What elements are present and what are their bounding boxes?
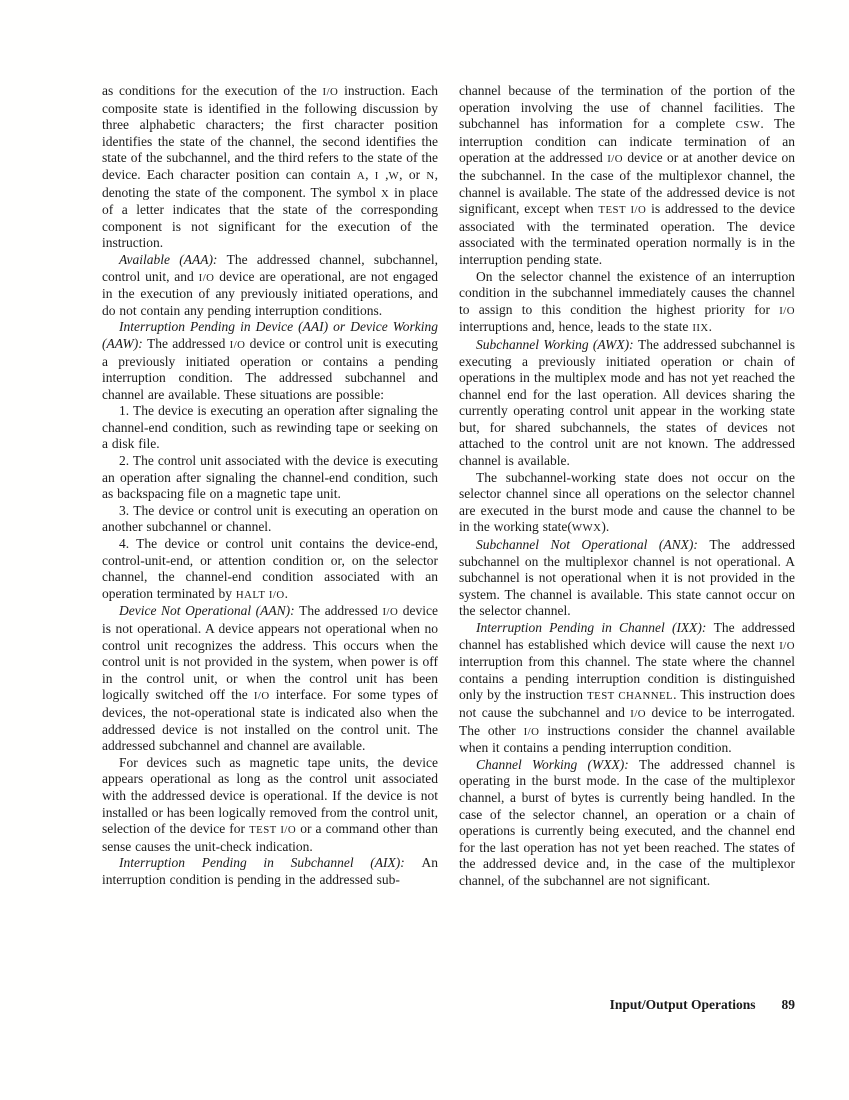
text-segment: ,: [365, 167, 375, 182]
smallcaps-term: I/O: [630, 708, 646, 720]
text-segment: 2. The control unit associated with the …: [102, 453, 438, 501]
italic-lead-in: Interruption Pending in Subchannel (AIX)…: [119, 855, 422, 870]
smallcaps-term: I/O: [607, 153, 623, 165]
smallcaps-term: TEST I/O: [249, 824, 296, 836]
text-segment: The addressed: [299, 603, 382, 618]
smallcaps-term: I/O: [323, 86, 339, 98]
text-segment: 1. The device is executing an operation …: [102, 403, 438, 451]
smallcaps-term: TEST I/O: [598, 204, 646, 216]
text-segment: The addressed subchannel is executing a …: [459, 337, 795, 468]
column-right: channel because of the termination of th…: [459, 83, 795, 890]
text-segment: The addressed channel is operating in th…: [459, 757, 795, 888]
paragraph: On the selector channel the existence of…: [459, 269, 795, 337]
paragraph: Interruption Pending in Channel (IXX): T…: [459, 620, 795, 757]
paragraph: 3. The device or control unit is executi…: [102, 503, 438, 536]
paragraph: Device Not Operational (AAN): The addres…: [102, 603, 438, 754]
page-footer: Input/Output Operations 89: [459, 997, 795, 1013]
smallcaps-term: A: [357, 170, 365, 182]
smallcaps-term: I/O: [524, 726, 540, 738]
text-segment: interruptions and, hence, leads to the s…: [459, 319, 692, 334]
text-segment: The addressed: [147, 336, 230, 351]
smallcaps-term: I/O: [199, 272, 215, 284]
paragraph: Subchannel Working (AWX): The addressed …: [459, 337, 795, 470]
paragraph: 4. The device or control unit contains t…: [102, 536, 438, 603]
paragraph: Channel Working (WXX): The addressed cha…: [459, 757, 795, 890]
smallcaps-term: IIX: [692, 322, 708, 334]
smallcaps-term: HALT I/O: [236, 589, 285, 601]
document-page: as conditions for the execution of the I…: [0, 0, 849, 1100]
text-segment: as conditions for the execution of the: [102, 83, 323, 98]
page-number: 89: [782, 997, 796, 1013]
smallcaps-term: W: [389, 170, 400, 182]
paragraph: 2. The control unit associated with the …: [102, 453, 438, 503]
smallcaps-term: I/O: [779, 640, 795, 652]
text-segment: .: [285, 586, 288, 601]
text-segment: On the selector channel the existence of…: [459, 269, 795, 317]
paragraph: as conditions for the execution of the I…: [102, 83, 438, 252]
italic-lead-in: Subchannel Not Operational (ANX):: [476, 537, 709, 552]
smallcaps-term: WWX: [572, 522, 602, 534]
text-segment: The subchannel-working state does not oc…: [459, 470, 795, 535]
italic-lead-in: Interruption Pending in Channel (IXX):: [476, 620, 714, 635]
smallcaps-term: I/O: [382, 606, 398, 618]
italic-lead-in: Channel Working (WXX):: [476, 757, 639, 772]
text-segment: , or: [399, 167, 426, 182]
paragraph: Interruption Pending in Subchannel (AIX)…: [102, 855, 438, 888]
italic-lead-in: Device Not Operational (AAN):: [119, 603, 299, 618]
smallcaps-term: I/O: [254, 690, 270, 702]
smallcaps-term: N: [426, 170, 434, 182]
paragraph: Available (AAA): The addressed channel, …: [102, 252, 438, 319]
text-segment: .: [709, 319, 712, 334]
footer-section-title: Input/Output Operations: [610, 997, 756, 1013]
paragraph: Subchannel Not Operational (ANX): The ad…: [459, 537, 795, 620]
italic-lead-in: Subchannel Working (AWX):: [476, 337, 638, 352]
paragraph: channel because of the termination of th…: [459, 83, 795, 269]
paragraph: 1. The device is executing an operation …: [102, 403, 438, 453]
text-segment: ,: [379, 167, 389, 182]
smallcaps-term: CSW: [736, 119, 761, 131]
text-segment: 3. The device or control unit is executi…: [102, 503, 438, 535]
text-segment: ).: [601, 519, 609, 534]
italic-lead-in: Available (AAA):: [119, 252, 227, 267]
smallcaps-term: TEST CHANNEL: [587, 690, 673, 702]
paragraph: For devices such as magnetic tape units,…: [102, 755, 438, 856]
paragraph: The subchannel-working state does not oc…: [459, 470, 795, 537]
column-left: as conditions for the execution of the I…: [102, 83, 438, 889]
paragraph: Interruption Pending in Device (AAI) or …: [102, 319, 438, 403]
smallcaps-term: I/O: [779, 305, 795, 317]
smallcaps-term: I/O: [230, 339, 246, 351]
